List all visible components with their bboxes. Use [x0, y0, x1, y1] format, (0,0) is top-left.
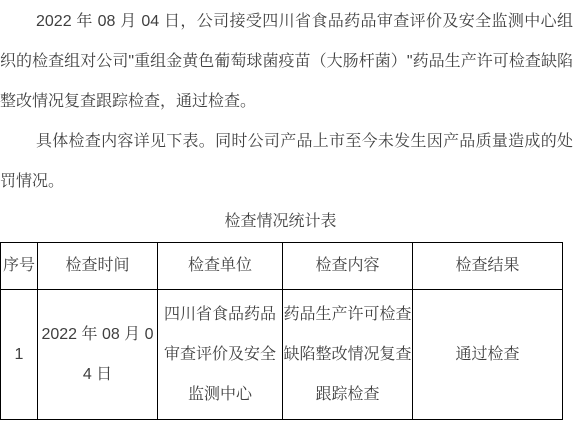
cell-inspection-unit: 四川省食品药品审查评价及安全监测中心 — [158, 290, 283, 420]
header-inspection-content: 检查内容 — [283, 243, 413, 290]
header-inspection-result: 检查结果 — [413, 243, 563, 290]
table-header-row: 序号 检查时间 检查单位 检查内容 检查结果 — [1, 243, 563, 290]
cell-sequence-number: 1 — [1, 290, 38, 420]
cell-inspection-content: 药品生产许可检查缺陷整改情况复查跟踪检查 — [283, 290, 413, 420]
paragraph-details-note: 具体检查内容详见下表。同时公司产品上市至今未发生因产品质量造成的处罚情况。 — [0, 122, 573, 202]
paragraph-inspection-summary: 2022 年 08 月 04 日，公司接受四川省食品药品审查评价及安全监测中心组… — [0, 2, 573, 122]
document-page: 2022 年 08 月 04 日，公司接受四川省食品药品审查评价及安全监测中心组… — [0, 0, 573, 420]
header-inspection-unit: 检查单位 — [158, 243, 283, 290]
header-inspection-time: 检查时间 — [38, 243, 158, 290]
table-row: 1 2022 年 08 月 04 日 四川省食品药品审查评价及安全监测中心 药品… — [1, 290, 563, 420]
header-sequence-number: 序号 — [1, 243, 38, 290]
cell-inspection-result: 通过检查 — [413, 290, 563, 420]
table-title: 检查情况统计表 — [0, 202, 561, 242]
cell-inspection-time: 2022 年 08 月 04 日 — [38, 290, 158, 420]
inspection-statistics-table: 序号 检查时间 检查单位 检查内容 检查结果 1 2022 年 08 月 04 … — [0, 242, 563, 420]
